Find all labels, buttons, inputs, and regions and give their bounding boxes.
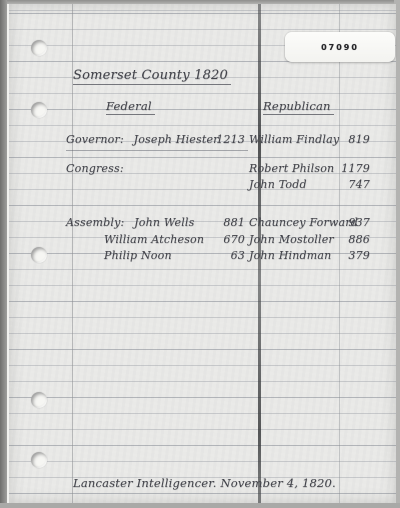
republican-vote-count: 1179 <box>338 162 370 175</box>
republican-vote-count: 886 <box>338 233 370 246</box>
citation-line: Lancaster Intelligencer. November 4, 182… <box>73 476 336 490</box>
federal-vote-count: 670 <box>196 233 245 246</box>
result-row: Assembly: John Wells 881 Chauncey Forwar… <box>66 216 378 232</box>
result-row: Congress: Robert Philson 1179 <box>66 162 378 178</box>
office-label: Congress: <box>66 162 124 175</box>
republican-candidate-name: William Findlay <box>249 133 339 146</box>
punch-hole <box>31 102 47 118</box>
scan-edge-left <box>0 0 7 508</box>
governor-row-underline <box>66 150 248 151</box>
federal-vote-count: 1213 <box>196 133 245 146</box>
republican-candidate-name: John Todd <box>249 178 307 191</box>
federal-vote-count: 63 <box>196 249 245 262</box>
catalog-sticker: 07090 <box>285 32 395 62</box>
column-header-republican: Republican <box>263 99 334 115</box>
scan-edge-bottom <box>0 503 400 508</box>
office-label: Assembly: <box>66 216 124 229</box>
republican-candidate-name: John Mostoller <box>249 233 334 246</box>
office-label: Governor: <box>66 133 124 146</box>
republican-vote-count: 747 <box>338 178 370 191</box>
result-row: Governor: Joseph Hiester 1213 William Fi… <box>66 133 378 149</box>
ledger-page: 07090 Somerset County 1820 Federal Repub… <box>7 4 396 503</box>
republican-candidate-name: John Hindman <box>249 249 331 262</box>
page-title: Somerset County 1820 <box>73 68 231 85</box>
punch-hole <box>31 247 47 263</box>
punch-hole <box>31 392 47 408</box>
column-header-federal: Federal <box>106 99 155 115</box>
catalog-number: 07090 <box>321 43 359 52</box>
republican-vote-count: 379 <box>338 249 370 262</box>
punch-hole <box>31 452 47 468</box>
federal-candidate-name: John Wells <box>134 216 194 229</box>
result-row: William Atcheson 670 John Mostoller 886 <box>66 233 378 249</box>
republican-vote-count: 819 <box>338 133 370 146</box>
federal-candidate-name: Philip Noon <box>104 249 172 262</box>
result-row: Philip Noon 63 John Hindman 379 <box>66 249 378 265</box>
punch-hole <box>31 40 47 56</box>
republican-candidate-name: Robert Philson <box>249 162 334 175</box>
republican-vote-count: 937 <box>338 216 370 229</box>
federal-candidate-name: William Atcheson <box>104 233 204 246</box>
result-row: John Todd 747 <box>66 178 378 194</box>
federal-vote-count: 881 <box>196 216 245 229</box>
